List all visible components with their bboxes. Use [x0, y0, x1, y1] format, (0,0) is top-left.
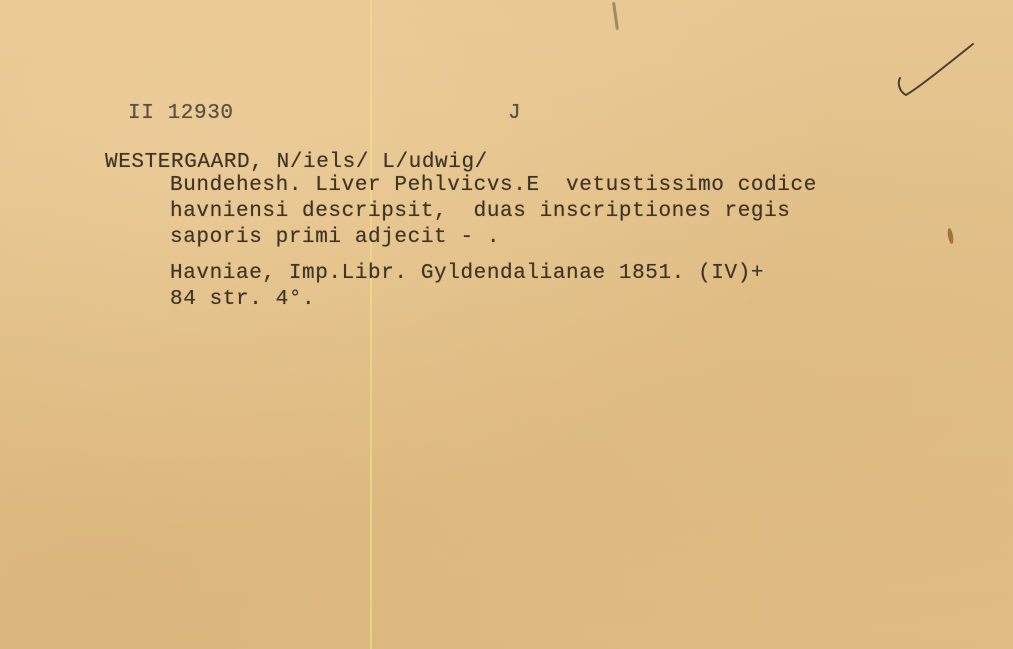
card-fold-line [370, 0, 372, 649]
title-line: havniensi descripsit, duas inscriptiones… [170, 201, 791, 222]
title-line: Bundehesh. Liver Pehlvicvs.E vetustissim… [170, 175, 817, 196]
ink-blemish [612, 2, 619, 30]
location-code: J [508, 103, 521, 124]
collation-line: 84 str. 4°. [170, 289, 315, 310]
checkmark-icon [888, 40, 978, 102]
title-line: saporis primi adjecit - . [170, 227, 500, 248]
author-heading: WESTERGAARD, N/iels/ L/udwig/ [105, 152, 488, 173]
stain-mark [947, 228, 955, 245]
shelfmark: II 12930 [128, 103, 234, 124]
catalog-card: II 12930 J WESTERGAARD, N/iels/ L/udwig/… [0, 0, 1013, 649]
imprint-line: Havniae, Imp.Libr. Gyldendalianae 1851. … [170, 263, 764, 284]
